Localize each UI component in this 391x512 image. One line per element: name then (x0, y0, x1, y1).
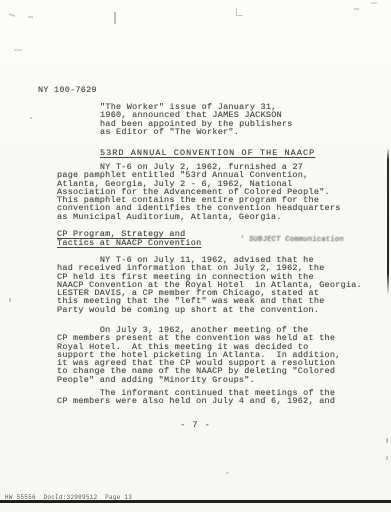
intro-quote-paragraph: "The Worker" issue of January 31, 1960, … (100, 103, 350, 136)
scan-artifact-mark (236, 8, 243, 16)
scan-artifact-speck (30, 117, 32, 119)
file-number: NY 100-7629 (38, 86, 97, 94)
scan-artifact-speck (28, 16, 33, 18)
scan-artifact-speck (9, 13, 15, 17)
scan-artifact-speck (354, 8, 359, 10)
scan-artifact-speck (386, 456, 388, 460)
subsection-heading-line-2: Tactics at NAACP Convention (57, 239, 257, 247)
scanned-document-page: NY 100-7629 "The Worker" issue of Januar… (0, 0, 391, 512)
bottom-rule (0, 500, 391, 503)
scan-edge-line (387, 148, 390, 295)
margin-annotation: ' SUBJECT Communication (240, 236, 371, 244)
paragraph-convention-pamphlet: NY T-6 on July 2, 1962, furnished a 27 p… (57, 163, 357, 221)
scan-artifact-tick (114, 12, 116, 24)
scan-artifact-speck (371, 2, 377, 4)
page-number: - 7 - (0, 421, 391, 429)
scan-artifact-speck (226, 472, 229, 474)
scan-artifact-speck (9, 298, 11, 302)
scan-artifact-speck (386, 438, 388, 443)
scan-artifact-speck (14, 49, 22, 51)
paragraph-cp-second-meeting: On July 3, 1962, another meeting of the … (57, 326, 367, 384)
paragraph-informant-continued: The informant continued that meetings of… (57, 389, 367, 406)
section-heading: 53RD ANNUAL CONVENTION OF THE NAACP (100, 149, 380, 157)
paragraph-cp-first-meeting: NY T-6 on July 11, 1962, advised that he… (57, 256, 367, 314)
